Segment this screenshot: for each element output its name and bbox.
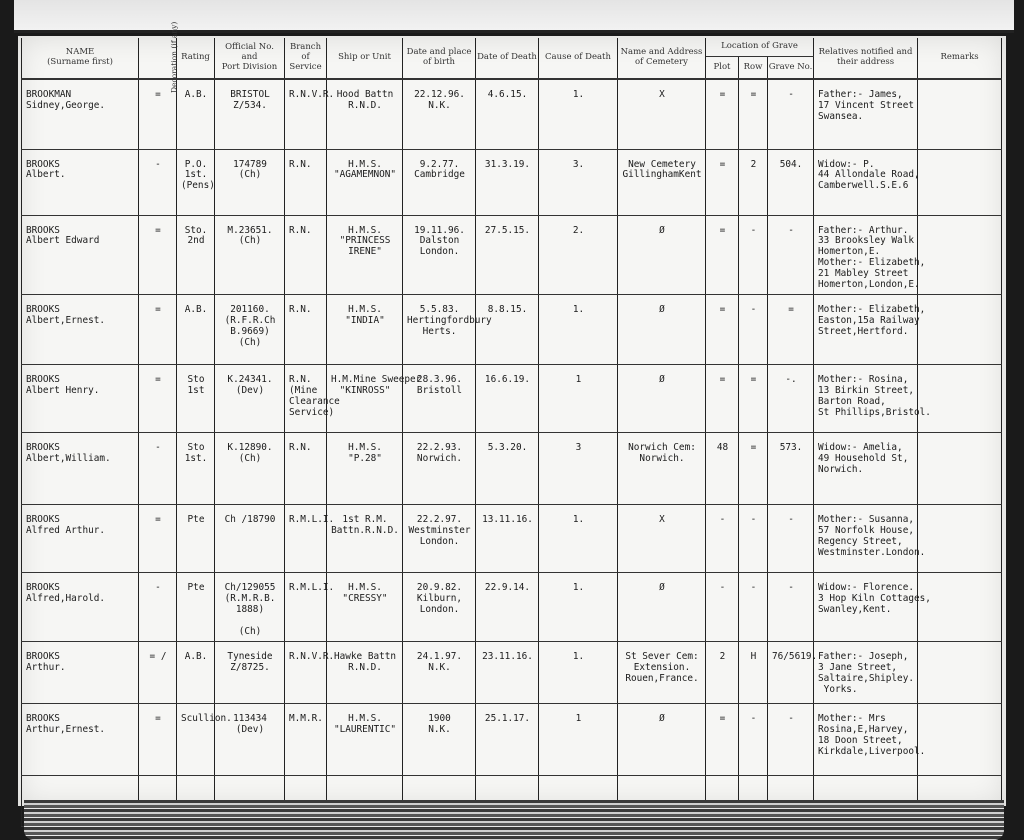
cell-name: BROOKMAN Sidney,George.: [22, 79, 139, 149]
table-row: BROOKS Albert Henry.=Sto 1stK.24341. (De…: [22, 365, 1002, 433]
cell-branch: R.N.: [285, 433, 327, 505]
cell-decoration: =: [139, 215, 177, 295]
cell-rating: Sto. 2nd: [177, 215, 215, 295]
cell-death-date: 31.3.19.: [476, 149, 539, 215]
cell-birth: 22.2.97. Westminster London.: [403, 505, 476, 573]
cell-remarks: [918, 704, 1002, 776]
cell-ship: H.M.S. "LAURENTIC": [327, 704, 403, 776]
cell-plot: 48: [706, 433, 739, 505]
cell-birth: 20.9.82. Kilburn, London.: [403, 573, 476, 642]
cell-official-no: BRISTOL Z/534.: [215, 79, 285, 149]
table-row: BROOKS Albert.-P.O. 1st. (Pens)174789 (C…: [22, 149, 1002, 215]
cell-row: -: [739, 215, 768, 295]
cell-grave-no: 76/5619.: [768, 642, 814, 704]
cell-cause: 3.: [539, 149, 618, 215]
cell-remarks: [918, 215, 1002, 295]
cell-name: BROOKS Albert.: [22, 149, 139, 215]
header-plot: Plot: [706, 57, 739, 79]
cell-row: -: [739, 704, 768, 776]
cell-decoration: =: [139, 365, 177, 433]
cell-official-no: Ch/129055 (R.M.R.B. 1888) (Ch): [215, 573, 285, 642]
cell-birth: 19.11.96. Dalston London.: [403, 215, 476, 295]
cell-cemetery: Ø: [618, 215, 706, 295]
cell-decoration: -: [139, 433, 177, 505]
header-ship: Ship or Unit: [327, 38, 403, 79]
table-row: BROOKS Arthur.= /A.B.Tyneside Z/8725.R.N…: [22, 642, 1002, 704]
cell-official-no: K.12890. (Ch): [215, 433, 285, 505]
cell-cemetery: St Sever Cem: Extension. Rouen,France.: [618, 642, 706, 704]
table-row: BROOKS Albert,William.-Sto 1st.K.12890. …: [22, 433, 1002, 505]
header-relatives: Relatives notified and their address: [814, 38, 918, 79]
cell-death-date: 27.5.15.: [476, 215, 539, 295]
cell-rating: A.B.: [177, 642, 215, 704]
cell-official-no: Tyneside Z/8725.: [215, 642, 285, 704]
cell-decoration: =: [139, 704, 177, 776]
cell-official-no: K.24341. (Dev): [215, 365, 285, 433]
cell-name: BROOKS Arthur,Ernest.: [22, 704, 139, 776]
table-row: BROOKS Albert Edward=Sto. 2ndM.23651. (C…: [22, 215, 1002, 295]
header-cause: Cause of Death: [539, 38, 618, 79]
cell-plot: 2: [706, 642, 739, 704]
cell-relatives: Mother:- Elizabeth, Easton,15a Railway S…: [814, 295, 918, 365]
cell-death-date: 8.8.15.: [476, 295, 539, 365]
cell-cemetery: Norwich Cem: Norwich.: [618, 433, 706, 505]
cell-birth: 5.5.83. Hertingfordbury Herts.: [403, 295, 476, 365]
cell-ship: H.M.S. "PRINCESS IRENE": [327, 215, 403, 295]
table-row: BROOKS Albert,Ernest.=A.B.201160. (R.F.R…: [22, 295, 1002, 365]
cell-row: -: [739, 295, 768, 365]
cell-decoration: =: [139, 295, 177, 365]
header-name: NAME (Surname first): [22, 38, 139, 79]
cell-name: BROOKS Albert,William.: [22, 433, 139, 505]
header-death-date: Date of Death: [476, 38, 539, 79]
cell-branch: R.N.: [285, 295, 327, 365]
header-birth: Date and place of birth: [403, 38, 476, 79]
cell-cemetery: X: [618, 79, 706, 149]
cell-branch: R.N. (Mine Clearance Service): [285, 365, 327, 433]
cell-branch: R.N.: [285, 215, 327, 295]
cell-official-no: Ch /18790: [215, 505, 285, 573]
cell-cause: 1: [539, 704, 618, 776]
cell-grave-no: -: [768, 79, 814, 149]
header-grave-no: Grave No.: [768, 57, 814, 79]
cell-birth: 9.2.77. Cambridge: [403, 149, 476, 215]
cell-row: 2: [739, 149, 768, 215]
cell-grave-no: =: [768, 295, 814, 365]
cell-birth: 22.2.93. Norwich.: [403, 433, 476, 505]
cell-name: BROOKS Arthur.: [22, 642, 139, 704]
cell-remarks: [918, 505, 1002, 573]
cell-plot: =: [706, 79, 739, 149]
cell-branch: R.M.L.I.: [285, 573, 327, 642]
cell-plot: =: [706, 295, 739, 365]
header-branch: Branch of Service: [285, 38, 327, 79]
cell-remarks: [918, 365, 1002, 433]
cell-cause: 1.: [539, 505, 618, 573]
previous-page-edge: [14, 0, 1014, 33]
cell-death-date: 22.9.14.: [476, 573, 539, 642]
cell-row: -: [739, 505, 768, 573]
cell-death-date: 4.6.15.: [476, 79, 539, 149]
cell-ship: H.M.S. "INDIA": [327, 295, 403, 365]
cell-cause: 1: [539, 365, 618, 433]
cell-birth: 22.12.96. N.K.: [403, 79, 476, 149]
cell-ship: H.M.S. "CRESSY": [327, 573, 403, 642]
cell-rating: Sto 1st.: [177, 433, 215, 505]
cell-grave-no: -: [768, 573, 814, 642]
cell-rating: Sto 1st: [177, 365, 215, 433]
cell-remarks: [918, 149, 1002, 215]
header-rating: Rating: [177, 38, 215, 79]
cell-grave-no: 504.: [768, 149, 814, 215]
cell-decoration: =: [139, 505, 177, 573]
cell-row: =: [739, 79, 768, 149]
register-page: NAME (Surname first) Decoration (if any)…: [18, 36, 1006, 806]
cell-plot: -: [706, 505, 739, 573]
cell-rating: Scullion.: [177, 704, 215, 776]
cell-decoration: -: [139, 149, 177, 215]
header-official-no: Official No. and Port Division: [215, 38, 285, 79]
cell-plot: -: [706, 573, 739, 642]
cell-decoration: -: [139, 573, 177, 642]
cell-plot: =: [706, 149, 739, 215]
cell-row: =: [739, 433, 768, 505]
cell-rating: Pte: [177, 505, 215, 573]
cell-official-no: 201160. (R.F.R.Ch B.9669) (Ch): [215, 295, 285, 365]
cell-branch: R.N.V.R.: [285, 79, 327, 149]
cell-death-date: 23.11.16.: [476, 642, 539, 704]
cell-remarks: [918, 642, 1002, 704]
register-table: NAME (Surname first) Decoration (if any)…: [21, 38, 1002, 827]
cell-cause: 1.: [539, 642, 618, 704]
cell-grave-no: 573.: [768, 433, 814, 505]
cell-relatives: Widow:- Florence. 3 Hop Kiln Cottages, S…: [814, 573, 918, 642]
header-grave-location: Location of Grave: [706, 38, 814, 57]
cell-branch: M.M.R.: [285, 704, 327, 776]
cell-relatives: Mother:- Susanna, 57 Norfolk House, Rege…: [814, 505, 918, 573]
cell-grave-no: -: [768, 215, 814, 295]
cell-relatives: Father:- Joseph, 3 Jane Street, Saltaire…: [814, 642, 918, 704]
cell-relatives: Mother:- Mrs Rosina,E,Harvey, 18 Doon St…: [814, 704, 918, 776]
cell-cemetery: Ø: [618, 704, 706, 776]
cell-branch: R.N.: [285, 149, 327, 215]
header-remarks: Remarks: [918, 38, 1002, 79]
cell-rating: A.B.: [177, 79, 215, 149]
cell-name: BROOKS Albert,Ernest.: [22, 295, 139, 365]
cell-row: -: [739, 573, 768, 642]
cell-branch: R.M.L.I.: [285, 505, 327, 573]
cell-grave-no: -.: [768, 365, 814, 433]
cell-relatives: Father:- James, 17 Vincent Street Swanse…: [814, 79, 918, 149]
cell-birth: 24.1.97. N.K.: [403, 642, 476, 704]
cell-birth: 1900 N.K.: [403, 704, 476, 776]
header-decoration: Decoration (if any): [139, 38, 177, 79]
cell-grave-no: -: [768, 704, 814, 776]
cell-remarks: [918, 573, 1002, 642]
cell-branch: R.N.V.R.: [285, 642, 327, 704]
cell-decoration: = /: [139, 642, 177, 704]
cell-cause: 1.: [539, 573, 618, 642]
cell-cause: 1.: [539, 295, 618, 365]
cell-grave-no: -: [768, 505, 814, 573]
cell-cemetery: X: [618, 505, 706, 573]
cell-cause: 2.: [539, 215, 618, 295]
cell-plot: =: [706, 215, 739, 295]
cell-relatives: Father:- Arthur. 33 Brooksley Walk Homer…: [814, 215, 918, 295]
cell-relatives: Widow:- P. 44 Allondale Road, Camberwell…: [814, 149, 918, 215]
cell-cemetery: Ø: [618, 295, 706, 365]
cell-name: BROOKS Alfred,Harold.: [22, 573, 139, 642]
cell-ship: H.M.S. "AGAMEMNON": [327, 149, 403, 215]
cell-plot: =: [706, 704, 739, 776]
cell-cause: 3: [539, 433, 618, 505]
header-decoration-label: Decoration (if any): [170, 22, 179, 93]
header-cemetery: Name and Address of Cemetery: [618, 38, 706, 79]
cell-rating: P.O. 1st. (Pens): [177, 149, 215, 215]
cell-ship: H.M.S. "P.28": [327, 433, 403, 505]
cell-cemetery: Ø: [618, 573, 706, 642]
cell-rating: Pte: [177, 573, 215, 642]
cell-ship: 1st R.M. Battn.R.N.D.: [327, 505, 403, 573]
cell-death-date: 5.3.20.: [476, 433, 539, 505]
cell-name: BROOKS Albert Edward: [22, 215, 139, 295]
cell-ship: Hawke Battn R.N.D.: [327, 642, 403, 704]
cell-cemetery: Ø: [618, 365, 706, 433]
cell-cemetery: New Cemetery GillinghamKent: [618, 149, 706, 215]
cell-death-date: 13.11.16.: [476, 505, 539, 573]
table-row: BROOKS Arthur,Ernest.=Scullion.113434 (D…: [22, 704, 1002, 776]
cell-row: =: [739, 365, 768, 433]
header-row: Row: [739, 57, 768, 79]
book-page-edges: [24, 800, 1004, 840]
cell-name: BROOKS Albert Henry.: [22, 365, 139, 433]
cell-plot: =: [706, 365, 739, 433]
cell-official-no: 174789 (Ch): [215, 149, 285, 215]
cell-official-no: M.23651. (Ch): [215, 215, 285, 295]
cell-relatives: Mother:- Rosina, 13 Birkin Street, Barto…: [814, 365, 918, 433]
table-row: BROOKS Alfred,Harold.-PteCh/129055 (R.M.…: [22, 573, 1002, 642]
cell-remarks: [918, 433, 1002, 505]
cell-row: H: [739, 642, 768, 704]
cell-name: BROOKS Alfred Arthur.: [22, 505, 139, 573]
cell-ship: Hood Battn R.N.D.: [327, 79, 403, 149]
cell-rating: A.B.: [177, 295, 215, 365]
cell-remarks: [918, 79, 1002, 149]
cell-relatives: Widow:- Amelia, 49 Household St, Norwich…: [814, 433, 918, 505]
table-row: BROOKS Alfred Arthur.=PteCh /18790R.M.L.…: [22, 505, 1002, 573]
cell-remarks: [918, 295, 1002, 365]
cell-cause: 1.: [539, 79, 618, 149]
cell-death-date: 16.6.19.: [476, 365, 539, 433]
cell-death-date: 25.1.17.: [476, 704, 539, 776]
